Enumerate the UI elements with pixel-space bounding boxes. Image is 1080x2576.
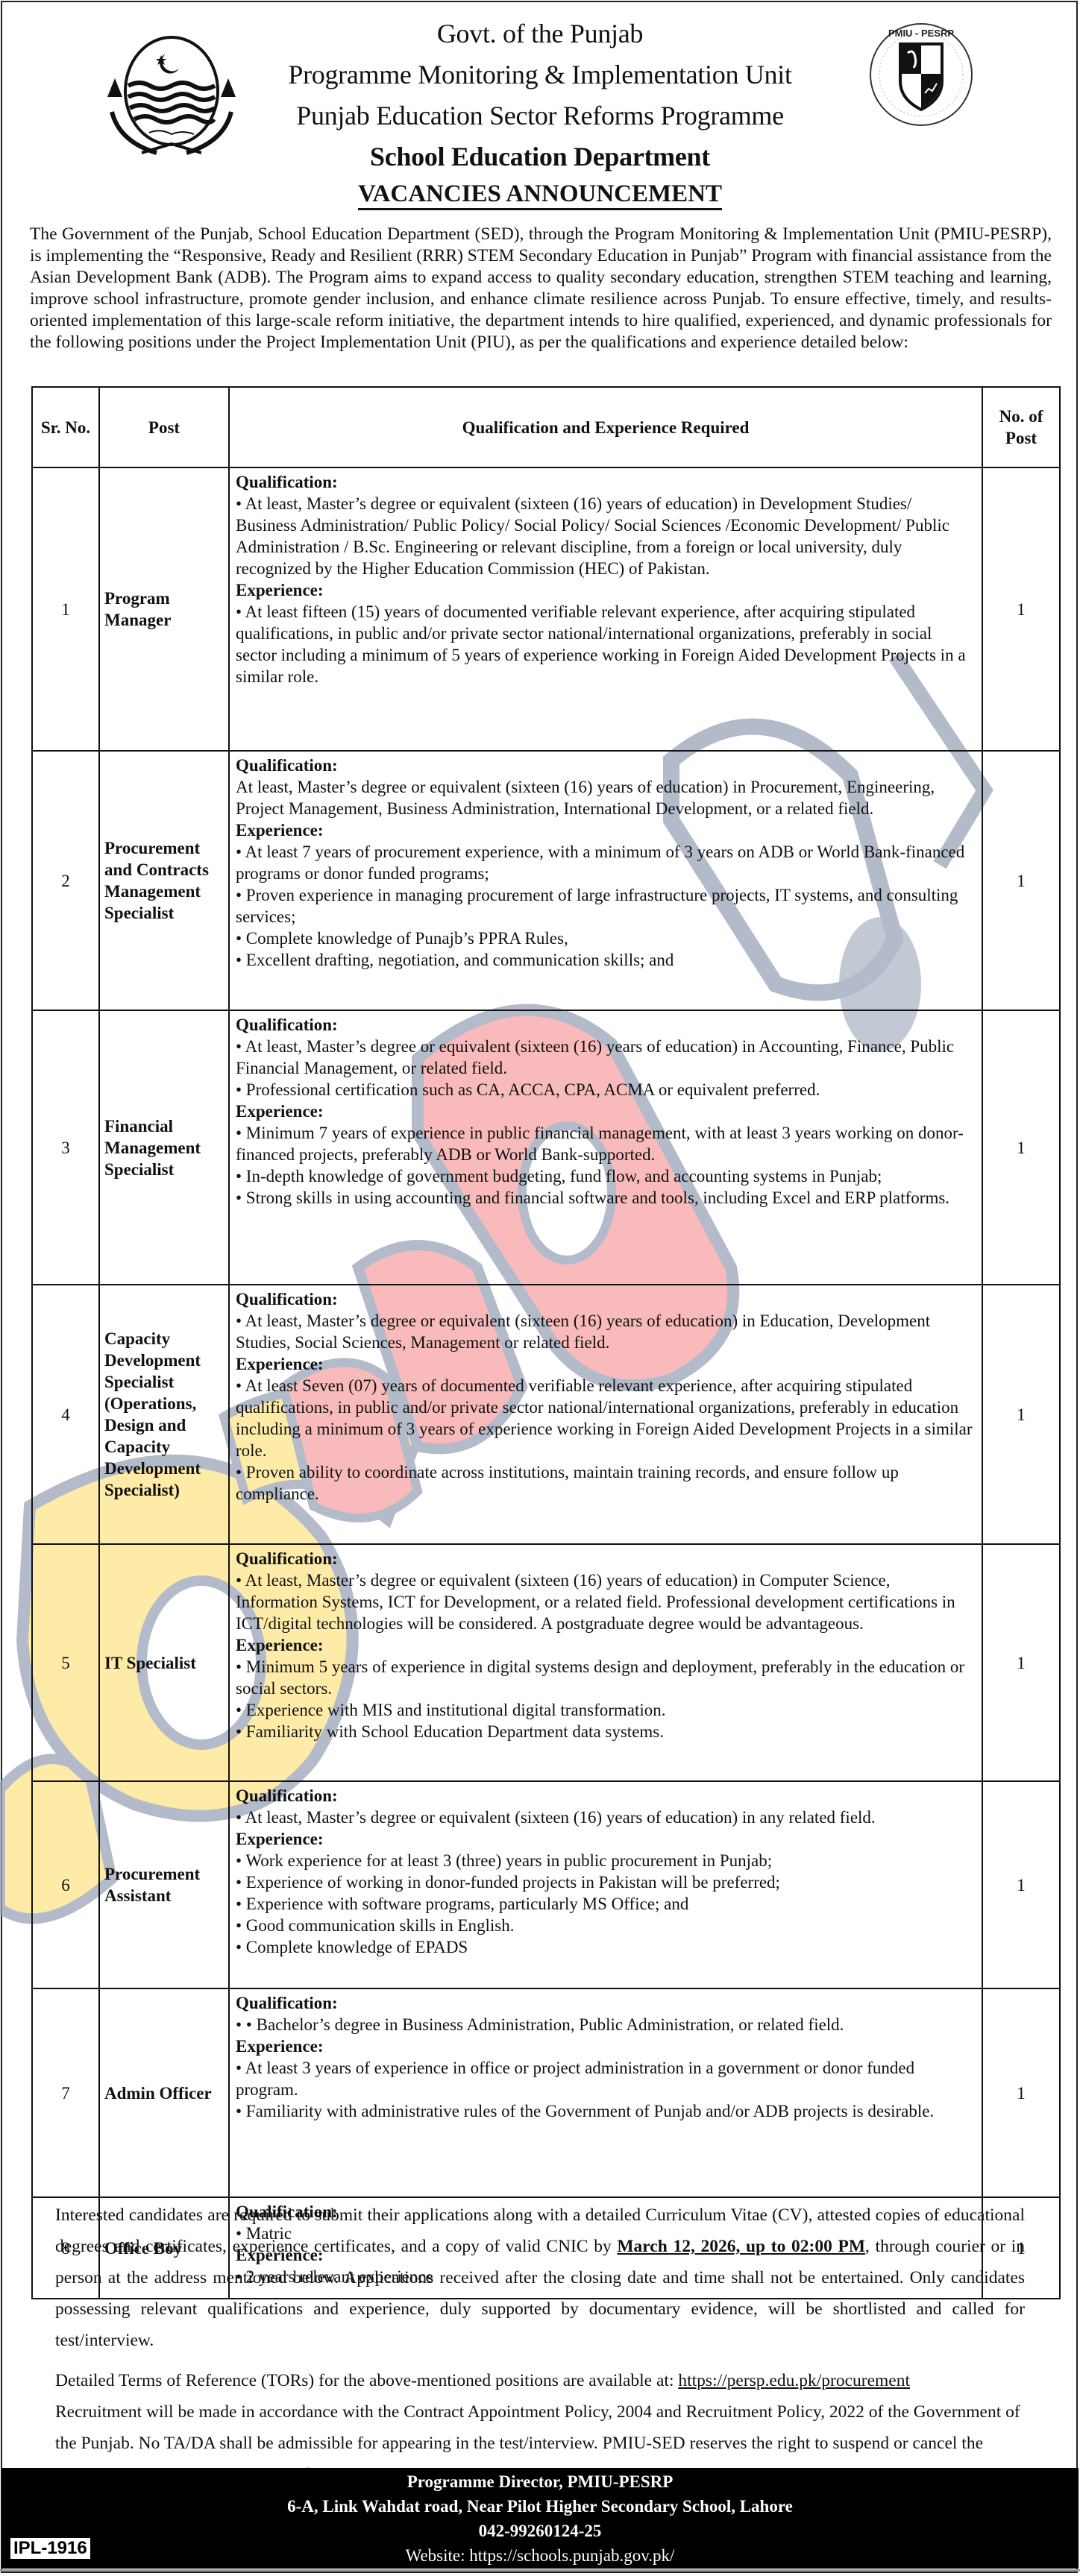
letterhead-title: Govt. of the Punjab Programme Monitoring…: [224, 13, 856, 177]
application-deadline: March 12, 2026, up to 02:00 PM: [617, 2237, 865, 2256]
qualification-item: • At least, Master’s degree or equivalen…: [236, 493, 976, 579]
footer-office: Programme Director, PMIU-PESRP: [1, 2469, 1079, 2494]
footer-website[interactable]: Website: https://schools.punjab.gov.pk/: [1, 2543, 1079, 2568]
experience-item: • At least 3 years of experience in offi…: [236, 2057, 976, 2100]
table-row: 1Program ManagerQualification:• At least…: [32, 467, 1060, 751]
row-requirements: Qualification:• At least, Master’s degre…: [229, 1781, 982, 1988]
qualification-item: At least, Master’s degree or equivalent …: [236, 776, 976, 819]
experience-item: • Minimum 5 years of experience in digit…: [236, 1656, 976, 1699]
experience-item: • Proven ability to coordinate across in…: [236, 1461, 976, 1505]
row-sr-no: 7: [32, 1988, 99, 2197]
row-post-count: 1: [982, 1544, 1060, 1781]
row-post-title: Capacity Development Specialist (Operati…: [99, 1285, 229, 1544]
qualification-label: Qualification:: [236, 1288, 976, 1310]
row-post-title: Financial Management Specialist: [99, 1010, 229, 1285]
table-row: 2Procurement and Contracts Management Sp…: [32, 751, 1060, 1010]
row-sr-no: 3: [32, 1010, 99, 1285]
bottom-divider: [0, 2569, 1080, 2572]
programme-title: Punjab Education Sector Reforms Programm…: [224, 95, 856, 136]
col-header-post: Post: [99, 387, 229, 467]
experience-item: • Excellent drafting, negotiation, and c…: [236, 949, 976, 971]
experience-item: • Strong skills in using accounting and …: [236, 1187, 976, 1209]
experience-item: • Familiarity with School Education Depa…: [236, 1721, 976, 1742]
experience-item: • Complete knowledge of Punajb’s PPRA Ru…: [236, 928, 976, 949]
row-requirements: Qualification:• At least, Master’s degre…: [229, 1010, 982, 1285]
row-requirements: Qualification:• At least, Master’s degre…: [229, 1544, 982, 1781]
row-sr-no: 6: [32, 1781, 99, 1988]
qualification-label: Qualification:: [236, 1014, 976, 1036]
table-row: 3Financial Management SpecialistQualific…: [32, 1010, 1060, 1285]
experience-label: Experience:: [236, 819, 976, 841]
experience-label: Experience:: [236, 1634, 976, 1656]
row-sr-no: 1: [32, 467, 99, 751]
experience-item: • Experience with software programs, par…: [236, 1893, 976, 1915]
table-header-row: Sr. No. Post Qualification and Experienc…: [32, 387, 1060, 467]
qualification-label: Qualification:: [236, 755, 976, 776]
experience-item: • Proven experience in managing procurem…: [236, 884, 976, 928]
qualification-item: • Professional certification such as CA,…: [236, 1079, 976, 1100]
row-sr-no: 4: [32, 1285, 99, 1544]
qualification-label: Qualification:: [236, 1548, 976, 1569]
qualification-item: • • Bachelor’s degree in Business Admini…: [236, 2014, 976, 2035]
row-sr-no: 2: [32, 751, 99, 1010]
qualification-label: Qualification:: [236, 1785, 976, 1807]
contact-footer: Programme Director, PMIU-PESRP 6-A, Link…: [1, 2468, 1079, 2569]
footer-address: 6-A, Link Wahdat road, Near Pilot Higher…: [1, 2494, 1079, 2519]
experience-item: • At least 7 years of procurement experi…: [236, 841, 976, 884]
row-post-title: Procurement Assistant: [99, 1781, 229, 1988]
row-post-title: Admin Officer: [99, 1988, 229, 2197]
vacancies-table: Sr. No. Post Qualification and Experienc…: [31, 386, 1061, 2299]
row-post-count: 1: [982, 1010, 1060, 1285]
row-post-title: Procurement and Contracts Management Spe…: [99, 751, 229, 1010]
col-header-count: No. of Post: [982, 387, 1060, 467]
pmiu-pesrp-seal-icon: PMIU - PESRP: [865, 19, 977, 130]
row-requirements: Qualification:• At least, Master’s degre…: [229, 467, 982, 751]
table-row: 4Capacity Development Specialist (Operat…: [32, 1285, 1060, 1544]
qualification-label: Qualification:: [236, 471, 976, 493]
row-requirements: Qualification:At least, Master’s degree …: [229, 751, 982, 1010]
experience-label: Experience:: [236, 1100, 976, 1122]
row-requirements: Qualification:• • Bachelor’s degree in B…: [229, 1988, 982, 2197]
experience-item: • At least fifteen (15) years of documen…: [236, 601, 976, 687]
experience-item: • Experience of working in donor-funded …: [236, 1871, 976, 1893]
tor-text: Detailed Terms of Reference (TORs) for t…: [55, 2371, 678, 2390]
intro-paragraph: The Government of the Punjab, School Edu…: [30, 224, 1052, 353]
application-instructions: Interested candidates are required to su…: [55, 2199, 1025, 2356]
qualification-item: • At least, Master’s degree or equivalen…: [236, 1569, 976, 1634]
ipl-code-badge: IPL-1916: [10, 2538, 90, 2559]
table-row: 6Procurement AssistantQualification:• At…: [32, 1781, 1060, 1988]
qualification-item: • At least, Master’s degree or equivalen…: [236, 1807, 976, 1828]
row-post-count: 1: [982, 467, 1060, 751]
row-post-title: IT Specialist: [99, 1544, 229, 1781]
row-requirements: Qualification:• At least, Master’s degre…: [229, 1285, 982, 1544]
experience-label: Experience:: [236, 1828, 976, 1850]
govt-title: Govt. of the Punjab: [224, 13, 856, 54]
experience-item: • At least Seven (07) years of documente…: [236, 1375, 976, 1461]
table-row: 7Admin OfficerQualification:• • Bachelor…: [32, 1988, 1060, 2197]
unit-title: Programme Monitoring & Implementation Un…: [224, 54, 856, 95]
experience-label: Experience:: [236, 1353, 976, 1375]
experience-item: • Experience with MIS and institutional …: [236, 1699, 976, 1721]
experience-item: • Work experience for at least 3 (three)…: [236, 1850, 976, 1871]
tor-link[interactable]: https://persp.edu.pk/procurement: [678, 2371, 910, 2390]
row-post-count: 1: [982, 751, 1060, 1010]
vacancies-heading: VACANCIES ANNOUNCEMENT: [0, 177, 1080, 210]
experience-item: • Minimum 7 years of experience in publi…: [236, 1122, 976, 1165]
vacancies-heading-text: VACANCIES ANNOUNCEMENT: [358, 180, 722, 210]
letterhead: Govt. of the Punjab Programme Monitoring…: [0, 0, 1080, 224]
table-row: 5IT SpecialistQualification:• At least, …: [32, 1544, 1060, 1781]
row-sr-no: 5: [32, 1544, 99, 1781]
svg-text:PMIU - PESRP: PMIU - PESRP: [888, 28, 954, 39]
qualification-item: • At least, Master’s degree or equivalen…: [236, 1036, 976, 1079]
qualification-item: • At least, Master’s degree or equivalen…: [236, 1310, 976, 1353]
qualification-label: Qualification:: [236, 1992, 976, 2014]
table-body: 1Program ManagerQualification:• At least…: [32, 467, 1060, 2299]
row-post-count: 1: [982, 1285, 1060, 1544]
experience-item: • Good communication skills in English.: [236, 1915, 976, 1936]
footer-phone: 042-99260124-25: [1, 2519, 1079, 2543]
col-header-sr: Sr. No.: [32, 387, 99, 467]
row-post-count: 1: [982, 1781, 1060, 1988]
department-title: School Education Department: [224, 136, 856, 177]
experience-item: • In-depth knowledge of government budge…: [236, 1165, 976, 1187]
experience-label: Experience:: [236, 2035, 976, 2057]
experience-item: • Complete knowledge of EPADS: [236, 1936, 976, 1958]
experience-label: Experience:: [236, 579, 976, 601]
col-header-qualification: Qualification and Experience Required: [229, 387, 982, 467]
experience-item: • Familiarity with administrative rules …: [236, 2100, 976, 2122]
row-post-count: 1: [982, 1988, 1060, 2197]
row-post-title: Program Manager: [99, 467, 229, 751]
